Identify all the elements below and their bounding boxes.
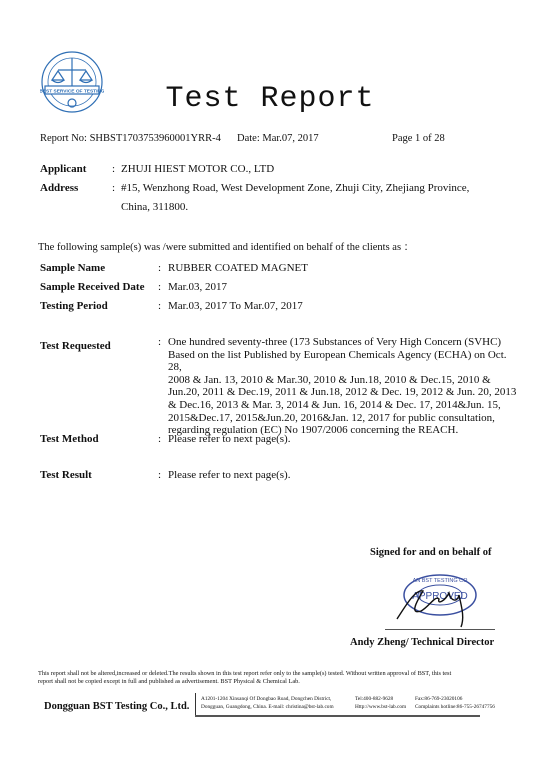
footer-fax-number: Fax:86-769-23020106	[415, 696, 495, 704]
test-requested-line: 2015&Dec.17, 2015&Jun.20, 2016&Jan. 12, …	[168, 412, 518, 425]
signed-for-text: Signed for and on behalf of	[370, 547, 491, 558]
test-requested-text: One hundred seventy-three (173 Substance…	[168, 336, 518, 437]
colon: :	[158, 262, 161, 274]
footer-fax: Fax:86-769-23020106 Complaints hotline:8…	[415, 696, 495, 711]
address-label: Address	[40, 182, 78, 194]
applicant-value: ZHUJI HIEST MOTOR CO., LTD	[121, 163, 274, 175]
signatory-name: Andy Zheng/ Technical Director	[350, 637, 494, 648]
sample-name-label: Sample Name	[40, 262, 105, 274]
page-indicator: Page 1 of 28	[392, 133, 445, 144]
test-method-label: Test Method	[40, 433, 99, 445]
colon: :	[112, 182, 115, 194]
test-result-label: Test Result	[40, 469, 92, 481]
colon: :	[158, 433, 161, 445]
received-date-value: Mar.03, 2017	[168, 281, 227, 293]
footer-contact: Tel:400-882-9628 Http://www.bst-lab.com	[355, 696, 406, 711]
test-requested-line: Jun.20, 2011 & Dec.19, 2011 & Jun.18, 20…	[168, 386, 518, 399]
colon: :	[158, 469, 161, 481]
svg-text:AN BST TESTING CO: AN BST TESTING CO	[413, 578, 469, 584]
applicant-label: Applicant	[40, 163, 86, 175]
sample-name-value: RUBBER COATED MAGNET	[168, 262, 308, 274]
report-date: Date: Mar.07, 2017	[237, 133, 319, 144]
footer-address-line: Dongguan, Guangdong, China. E-mail: chri…	[201, 704, 334, 712]
test-requested-line: One hundred seventy-three (173 Substance…	[168, 336, 518, 349]
footer-divider	[195, 693, 196, 715]
disclaimer-line: This report shall not be altered,increas…	[38, 670, 508, 678]
test-requested-line: & Dec.16, 2013 & Mar. 3, 2014 & Jun. 16,…	[168, 399, 518, 412]
footer-rule	[195, 715, 480, 717]
footer-hotline: Complaints hotline:86-755-26747756	[415, 704, 495, 712]
disclaimer-line: report shall not be copied except in ful…	[38, 678, 508, 686]
footer-company: Dongguan BST Testing Co., Ltd.	[44, 701, 189, 712]
footer-tel: Tel:400-882-9628	[355, 696, 406, 704]
footer-address-line: A1201-1204 Xinsanqi Of Dongbao Road, Don…	[201, 696, 334, 704]
disclaimer: This report shall not be altered,increas…	[38, 670, 508, 686]
page-title: Test Report	[0, 82, 540, 116]
test-result-value: Please refer to next page(s).	[168, 469, 290, 481]
approved-stamp-icon: APPROVED AN BST TESTING CO	[395, 571, 485, 631]
footer-web: Http://www.bst-lab.com	[355, 704, 406, 712]
signature-line	[385, 629, 495, 630]
report-number: Report No: SHBST1703753960001YRR-4	[40, 133, 221, 144]
address-line-2: China, 311800.	[121, 201, 188, 213]
received-date-label: Sample Received Date	[40, 281, 144, 293]
address-line-1: #15, Wenzhong Road, West Development Zon…	[121, 182, 469, 194]
test-requested-line: 2008 & Jan. 13, 2010 & Mar.30, 2010 & Ju…	[168, 374, 518, 387]
colon: :	[158, 281, 161, 293]
footer-address: A1201-1204 Xinsanqi Of Dongbao Road, Don…	[201, 696, 334, 711]
test-requested-label: Test Requested	[40, 340, 111, 352]
colon: :	[158, 336, 161, 348]
intro-text: The following sample(s) was /were submit…	[38, 239, 414, 254]
test-requested-line: Based on the list Published by European …	[168, 349, 518, 374]
test-method-value: Please refer to next page(s).	[168, 433, 290, 445]
testing-period-label: Testing Period	[40, 300, 108, 312]
testing-period-value: Mar.03, 2017 To Mar.07, 2017	[168, 300, 303, 312]
colon: :	[112, 163, 115, 175]
colon: :	[158, 300, 161, 312]
